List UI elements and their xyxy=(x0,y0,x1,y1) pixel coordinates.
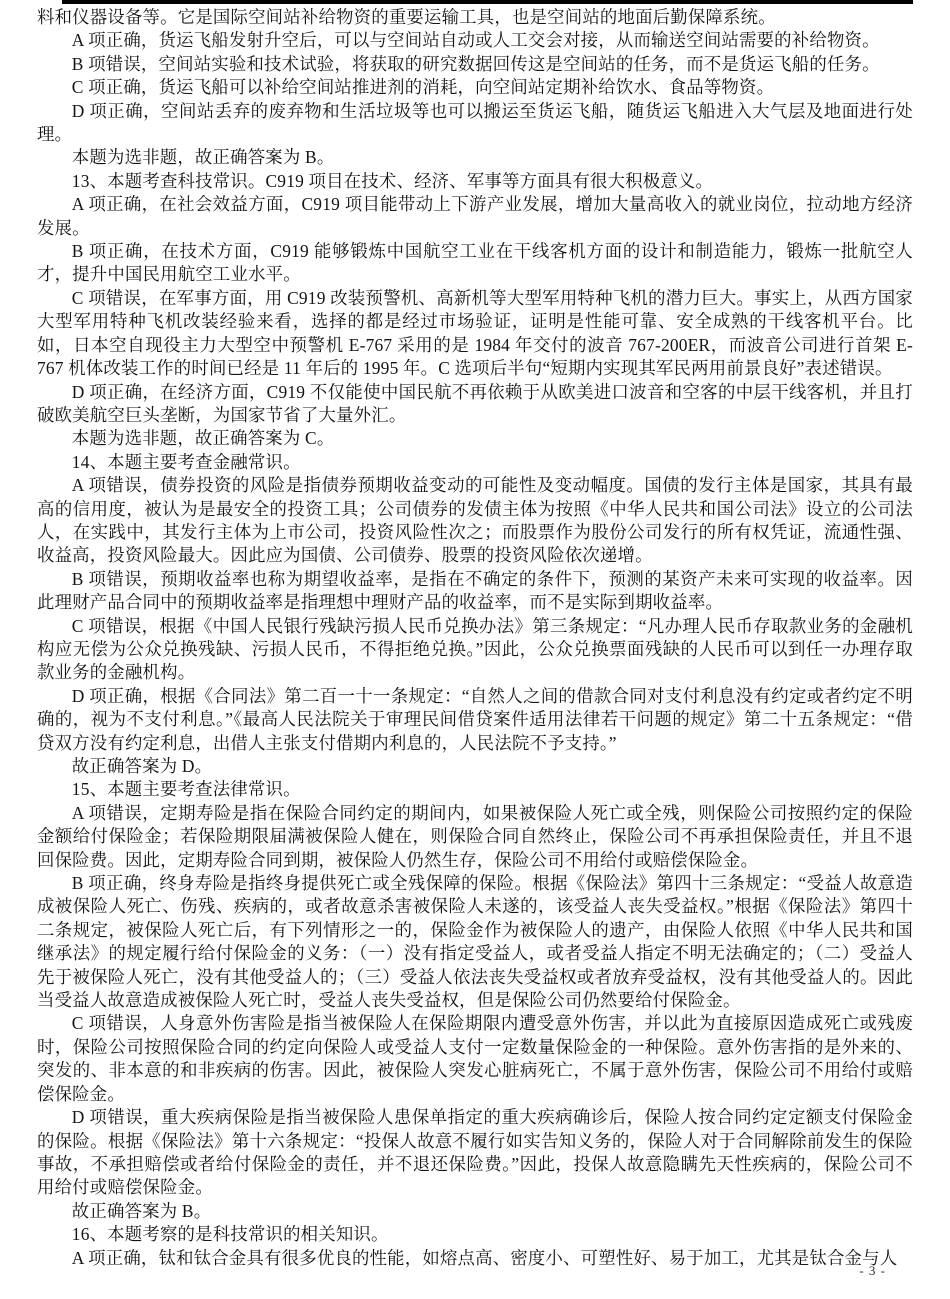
paragraph: D 项正确，在经济方面，C919 不仅能使中国民航不再依赖于从欧美进口波音和空客… xyxy=(37,381,913,428)
page-number: - 3 - xyxy=(859,1263,886,1279)
document-page: 料和仪器设备等。它是国际空间站补给物资的重要运输工具，也是空间站的地面后勤保障系… xyxy=(0,0,950,1299)
paragraph: 本题为选非题，故正确答案为 B。 xyxy=(37,146,913,169)
paragraph: A 项正确，在社会效益方面，C919 项目能带动上下游产业发展，增加大量高收入的… xyxy=(37,193,913,240)
paragraph: D 项正确，空间站丢弃的废弃物和生活垃圾等也可以搬运至货运飞船，随货运飞船进入大… xyxy=(37,100,913,147)
paragraph: A 项正确，货运飞船发射升空后，可以与空间站自动或人工交会对接，从而输送空间站需… xyxy=(37,29,913,52)
paragraph: B 项正确，终身寿险是指终身提供死亡或全残保障的保险。根据《保险法》第四十三条规… xyxy=(37,872,913,1012)
paragraph: B 项正确，在技术方面，C919 能够锻炼中国航空工业在干线客机方面的设计和制造… xyxy=(37,240,913,287)
paragraph: B 项错误，空间站实验和技术试验，将获取的研究数据回传这是空间站的任务，而不是货… xyxy=(37,53,913,76)
header-rule xyxy=(62,0,913,4)
paragraph: D 项错误，重大疾病保险是指当被保险人患保单指定的重大疾病确诊后，保险人按合同约… xyxy=(37,1106,913,1200)
paragraph: D 项正确，根据《合同法》第二百一十一条规定：“自然人之间的借款合同对支付利息没… xyxy=(37,685,913,755)
paragraph: A 项正确，钛和钛合金具有很多优良的性能，如熔点高、密度小、可塑性好、易于加工，… xyxy=(37,1247,913,1270)
paragraph: A 项错误，债券投资的风险是指债券预期收益变动的可能性及变动幅度。国债的发行主体… xyxy=(37,474,913,568)
paragraph: 料和仪器设备等。它是国际空间站补给物资的重要运输工具，也是空间站的地面后勤保障系… xyxy=(37,6,913,29)
paragraph: 本题为选非题，故正确答案为 C。 xyxy=(37,427,913,450)
document-body: 料和仪器设备等。它是国际空间站补给物资的重要运输工具，也是空间站的地面后勤保障系… xyxy=(37,6,913,1270)
paragraph: 故正确答案为 B。 xyxy=(37,1200,913,1223)
paragraph: 16、本题考察的是科技常识的相关知识。 xyxy=(37,1223,913,1246)
paragraph: 故正确答案为 D。 xyxy=(37,755,913,778)
paragraph: C 项错误，人身意外伤害险是指当被保险人在保险期限内遭受意外伤害，并以此为直接原… xyxy=(37,1012,913,1106)
paragraph: A 项错误，定期寿险是指在保险合同约定的期间内，如果被保险人死亡或全残，则保险公… xyxy=(37,802,913,872)
paragraph: 13、本题考查科技常识。C919 项目在技术、经济、军事等方面具有很大积极意义。 xyxy=(37,170,913,193)
paragraph: B 项错误，预期收益率也称为期望收益率，是指在不确定的条件下，预测的某资产未来可… xyxy=(37,568,913,615)
paragraph: 14、本题主要考查金融常识。 xyxy=(37,451,913,474)
paragraph: C 项错误，根据《中国人民银行残缺污损人民币兑换办法》第三条规定：“凡办理人民币… xyxy=(37,615,913,685)
paragraph: C 项错误，在军事方面，用 C919 改装预警机、高新机等大型军用特种飞机的潜力… xyxy=(37,287,913,381)
paragraph: C 项正确，货运飞船可以补给空间站推进剂的消耗，向空间站定期补给饮水、食品等物资… xyxy=(37,76,913,99)
paragraph: 15、本题主要考查法律常识。 xyxy=(37,778,913,801)
